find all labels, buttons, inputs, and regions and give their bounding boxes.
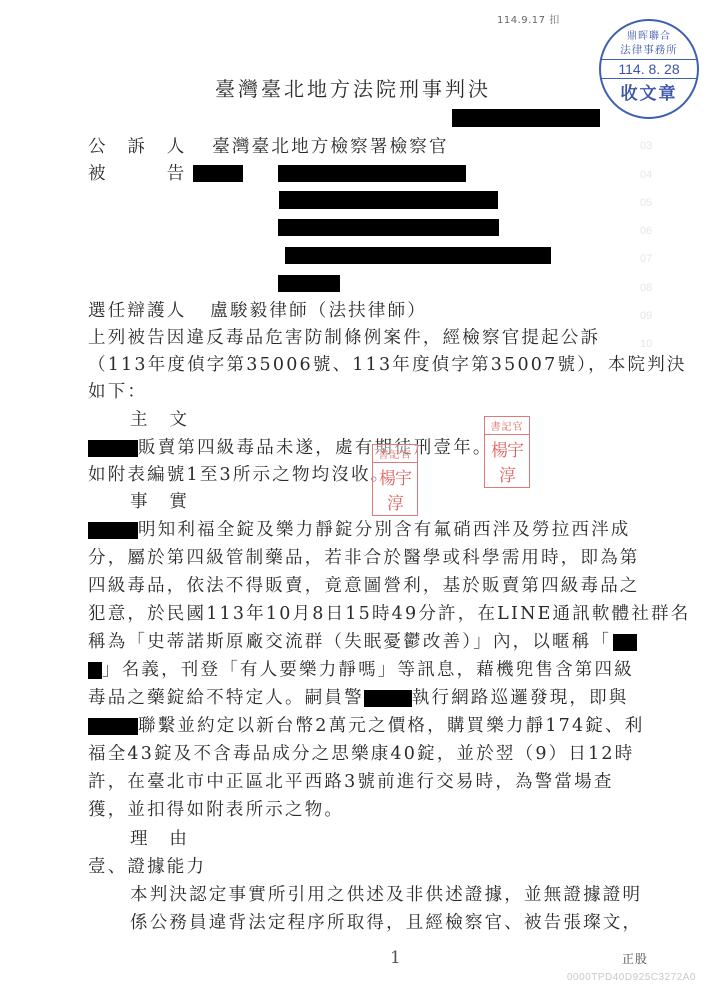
facts-line: 獲，並扣得如附表所示之物。 [88, 799, 344, 821]
redaction-defendant-info [278, 165, 466, 182]
received-stamp: 鼎晖聯合 法律事務所 114. 8. 28 收文章 [599, 19, 699, 119]
facts-heading: 事 實 [130, 491, 189, 513]
copy-label: 正股 [622, 950, 648, 967]
margin-line-number: 03 [640, 140, 652, 152]
intro-line: 上列被告因違反毒品危害防制條例案件，經檢察官提起公訴 [88, 327, 600, 349]
redaction-defendant-info [278, 219, 499, 236]
handwritten-note: 114.9.17 扣 [497, 11, 560, 26]
facts-line: 福全43錠及不含毒品成分之思樂康40錠，並於翌（9）日12時 [88, 743, 634, 765]
facts-line: 許，在臺北市中正區北平西路3號前進行交易時，為警當場查 [88, 771, 614, 793]
margin-line-number: 08 [640, 282, 652, 294]
facts-text: 」名義，刊登「有人要樂力靜嗎」等訊息，藉機兜售含第四級 [102, 660, 634, 680]
reasons-heading: 理 由 [130, 828, 189, 850]
redaction-defendant-name [193, 165, 243, 182]
redaction-defendant-info [279, 191, 498, 209]
facts-text: 執行網路巡邏發現，即與 [412, 688, 629, 708]
facts-line: 稱為「史蒂諾斯原廠交流群（失眠憂鬱改善）」內，以暱稱「 [88, 631, 637, 653]
main-text-sentence: 販賣第四級毒品未遂，處有期徒刑壹年。 [138, 438, 493, 458]
defense-label: 選任辯護人 [88, 301, 187, 321]
clerk-seal: 書記官 楊宇淳 [372, 444, 418, 516]
redaction-officer-name [364, 690, 412, 707]
defense-counsel-row: 選任辯護人 盧駿毅律師（法扶律師） [88, 300, 427, 322]
redaction-defendant-address [278, 275, 340, 292]
redaction-nickname [88, 662, 102, 679]
clerk-seal: 書記官 楊宇淳 [484, 416, 530, 488]
facts-line: 犯意，於民國113年10月8日15時49分許，在LINE通訊軟體社群名 [88, 603, 690, 625]
facts-text: 稱為「史蒂諾斯原廠交流群（失眠憂鬱改善）」內，以暱稱「 [88, 632, 611, 652]
main-text-line: 販賣第四級毒品未遂，處有期徒刑壹年。 [88, 437, 493, 459]
intro-line: （113年度偵字第35006號、113年度偵字第35007號），本院判決 [88, 354, 687, 376]
facts-line: 聯繫並約定以新台幣2萬元之價格，購買樂力靜174錠、利 [88, 715, 644, 737]
redaction-case-number [452, 109, 600, 127]
defense-value: 盧駿毅律師（法扶律師） [210, 301, 427, 321]
clerk-seal-title: 書記官 [485, 417, 529, 435]
intro-line: 如下： [88, 381, 147, 403]
clerk-seal-name: 楊宇淳 [485, 435, 529, 487]
margin-line-number: 06 [640, 225, 652, 237]
prosecutor-value: 臺灣臺北地方檢察署檢察官 [212, 137, 448, 157]
facts-line: 四級毒品，依法不得販賣，竟意圖營利，基於販賣第四級毒品之 [88, 575, 640, 597]
facts-line: 分，屬於第四級管制藥品，若非合於醫學或科學需用時，即為第 [88, 547, 640, 569]
reason-1-heading: 壹、證據能力 [88, 856, 206, 878]
margin-line-number: 07 [640, 253, 652, 265]
facts-line: 明知利福全錠及樂力靜錠分別含有氟硝西泮及勞拉西泮成 [88, 519, 631, 541]
reason-1-line: 本判決認定事實所引用之供述及非供述證據，並無證據證明 [130, 884, 642, 906]
prosecutor-row: 公 訴 人 臺灣臺北地方檢察署檢察官 [88, 136, 449, 158]
redaction-defendant-address [285, 247, 551, 264]
margin-line-number: 04 [640, 169, 652, 181]
main-text-line: 如附表編號1至3所示之物均沒收。 [88, 464, 390, 486]
facts-text: 聯繫並約定以新台幣2萬元之價格，購買樂力靜174錠、利 [138, 716, 644, 736]
page-title: 臺灣臺北地方法院刑事判決 [0, 73, 706, 102]
prosecutor-label: 公 訴 人 [88, 137, 187, 157]
clerk-seal-title: 書記官 [373, 445, 417, 463]
facts-line: 毒品之藥錠給不特定人。嗣員警執行網路巡邏發現，即與 [88, 687, 629, 709]
facts-text: 毒品之藥錠給不特定人。嗣員警 [88, 688, 364, 708]
margin-line-number: 09 [640, 310, 652, 322]
facts-text: 明知利福全錠及樂力靜錠分別含有氟硝西泮及勞拉西泮成 [138, 520, 631, 540]
document-code: 0000TPD40D925C3272A0 [567, 972, 696, 983]
defendant-row: 被 告 [88, 163, 187, 185]
redaction-nickname [613, 634, 637, 651]
margin-line-number: 05 [640, 197, 652, 209]
page-number: 1 [390, 948, 401, 968]
facts-line: 」名義，刊登「有人要樂力靜嗎」等訊息，藉機兜售含第四級 [88, 659, 634, 681]
stamp-firm-line1: 鼎晖聯合 [601, 27, 697, 42]
stamp-firm-line2: 法律事務所 [601, 42, 697, 57]
defendant-label: 被 告 [88, 164, 187, 184]
clerk-seal-name: 楊宇淳 [373, 463, 417, 515]
margin-line-number: 10 [640, 338, 652, 350]
redaction-defendant-name [88, 718, 138, 735]
reason-1-line: 係公務員違背法定程序所取得，且經檢察官、被告張璨文， [130, 912, 642, 934]
redaction-defendant-name [88, 522, 138, 539]
main-text-heading: 主 文 [130, 409, 189, 431]
redaction-defendant-name [88, 440, 138, 457]
